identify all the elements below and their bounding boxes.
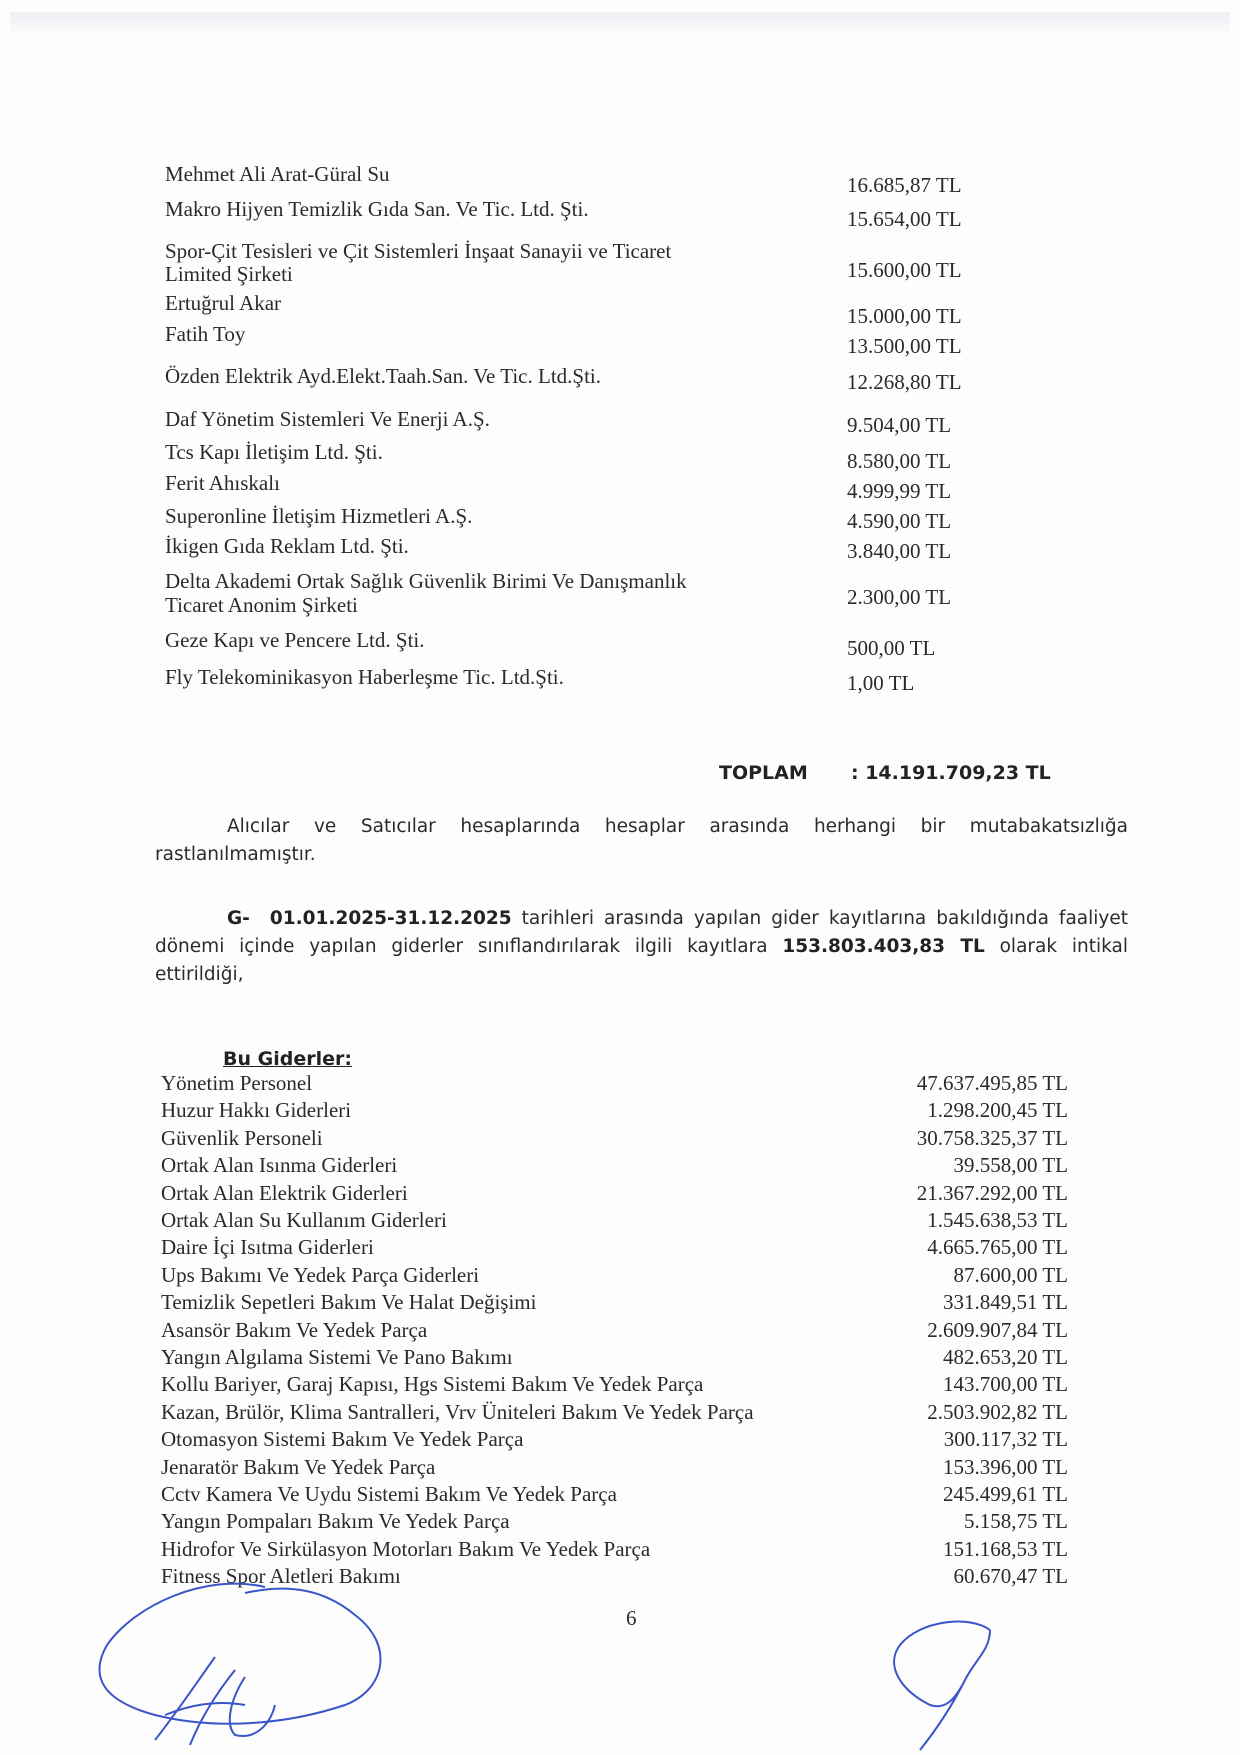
list-item: Asansör Bakım Ve Yedek Parça2.609.907,84… <box>0 1317 1240 1344</box>
expense-name: Kazan, Brülör, Klima Santralleri, Vrv Ün… <box>161 1399 754 1425</box>
creditor-amount: 4.590,00 TL <box>847 509 951 533</box>
expense-amount: 151.168,53 TL <box>943 1536 1068 1562</box>
creditor-amount: 15.654,00 TL <box>847 207 962 231</box>
creditor-name: Delta Akademi Ortak Sağlık Güvenlik Biri… <box>165 569 687 593</box>
list-item: Ortak Alan Isınma Giderleri39.558,00 TL <box>0 1152 1240 1179</box>
expense-amount: 87.600,00 TL <box>953 1262 1068 1288</box>
list-item: Jenaratör Bakım Ve Yedek Parça153.396,00… <box>0 1454 1240 1481</box>
expense-name: Ortak Alan Elektrik Giderleri <box>161 1180 408 1206</box>
expense-amount: 300.117,32 TL <box>944 1426 1068 1452</box>
page-number: 6 <box>626 1606 637 1631</box>
expense-amount: 47.637.495,85 TL <box>917 1070 1068 1096</box>
creditor-amount: 12.268,80 TL <box>847 370 962 394</box>
date-range: 01.01.2025-31.12.2025 <box>270 908 512 929</box>
signature-left-icon <box>95 1575 415 1750</box>
expense-amount: 153.396,00 TL <box>943 1454 1068 1480</box>
creditor-name: Ertuğrul Akar <box>165 291 281 315</box>
list-item: Güvenlik Personeli30.758.325,37 TL <box>0 1125 1240 1152</box>
creditor-name: Mehmet Ali Arat-Güral Su <box>165 162 390 186</box>
expense-name: Temizlik Sepetleri Bakım Ve Halat Değişi… <box>161 1289 536 1315</box>
creditor-name: Ferit Ahıskalı <box>165 471 280 495</box>
creditor-name-continued: Limited Şirketi <box>165 262 293 286</box>
creditor-amount: 3.840,00 TL <box>847 539 951 563</box>
creditor-amount: 2.300,00 TL <box>847 585 951 609</box>
expense-name: Yönetim Personel <box>161 1070 312 1096</box>
creditor-name: Tcs Kapı İletişim Ltd. Şti. <box>165 440 383 464</box>
creditor-amount: 13.500,00 TL <box>847 334 962 358</box>
list-item: Ortak Alan Elektrik Giderleri21.367.292,… <box>0 1180 1240 1207</box>
expense-amount: 5.158,75 TL <box>964 1508 1068 1534</box>
creditor-amount: 9.504,00 TL <box>847 413 951 437</box>
creditor-name: Geze Kapı ve Pencere Ltd. Şti. <box>165 628 425 652</box>
expense-amount: 331.849,51 TL <box>943 1289 1068 1315</box>
expense-amount: 2.609.907,84 TL <box>927 1317 1068 1343</box>
creditor-amount: 500,00 TL <box>847 636 935 660</box>
creditor-amount: 4.999,99 TL <box>847 479 951 503</box>
expense-amount: 482.653,20 TL <box>943 1344 1068 1370</box>
expense-name: Ortak Alan Isınma Giderleri <box>161 1152 397 1178</box>
expense-name: Otomasyon Sistemi Bakım Ve Yedek Parça <box>161 1426 523 1452</box>
creditor-amount: 15.600,00 TL <box>847 258 962 282</box>
expense-amount: 245.499,61 TL <box>943 1481 1068 1507</box>
reconciliation-paragraph: Alıcılar ve Satıcılar hesaplarında hesap… <box>155 813 1128 869</box>
expense-name: Güvenlik Personeli <box>161 1125 323 1151</box>
expenses-heading: Bu Giderler: <box>223 1048 352 1070</box>
total-value: : 14.191.709,23 TL <box>851 762 1051 784</box>
list-item: Cctv Kamera Ve Uydu Sistemi Bakım Ve Yed… <box>0 1481 1240 1508</box>
expense-name: Ups Bakımı Ve Yedek Parça Giderleri <box>161 1262 479 1288</box>
expense-name: Kollu Bariyer, Garaj Kapısı, Hgs Sistemi… <box>161 1371 703 1397</box>
expense-amount: 21.367.292,00 TL <box>917 1180 1068 1206</box>
expense-amount: 30.758.325,37 TL <box>917 1125 1068 1151</box>
list-item: Temizlik Sepetleri Bakım Ve Halat Değişi… <box>0 1289 1240 1316</box>
list-item: Ups Bakımı Ve Yedek Parça Giderleri87.60… <box>0 1262 1240 1289</box>
expense-name: Yangın Algılama Sistemi Ve Pano Bakımı <box>161 1344 513 1370</box>
expense-name: Jenaratör Bakım Ve Yedek Parça <box>161 1454 435 1480</box>
expense-amount: 143.700,00 TL <box>943 1371 1068 1397</box>
creditor-name: Özden Elektrik Ayd.Elekt.Taah.San. Ve Ti… <box>165 364 601 388</box>
scan-edge <box>10 12 1230 34</box>
signature-right-icon <box>880 1610 1020 1755</box>
expense-name: Daire İçi Isıtma Giderleri <box>161 1234 374 1260</box>
list-item: Hidrofor Ve Sirkülasyon Motorları Bakım … <box>0 1536 1240 1563</box>
list-item: Yangın Pompaları Bakım Ve Yedek Parça5.1… <box>0 1508 1240 1535</box>
expense-amount: 60.670,47 TL <box>953 1563 1068 1589</box>
expenses-paragraph: G- 01.01.2025-31.12.2025 tarihleri arası… <box>155 905 1128 989</box>
creditor-amount: 8.580,00 TL <box>847 449 951 473</box>
expense-amount: 39.558,00 TL <box>953 1152 1068 1178</box>
creditor-name: Spor-Çit Tesisleri ve Çit Sistemleri İnş… <box>165 239 671 263</box>
list-item: Kazan, Brülör, Klima Santralleri, Vrv Ün… <box>0 1399 1240 1426</box>
list-item: Huzur Hakkı Giderleri1.298.200,45 TL <box>0 1097 1240 1124</box>
expense-name: Huzur Hakkı Giderleri <box>161 1097 351 1123</box>
creditor-name: İkigen Gıda Reklam Ltd. Şti. <box>165 534 409 558</box>
creditor-name-continued: Ticaret Anonim Şirketi <box>165 593 358 617</box>
paragraph-text: Alıcılar ve Satıcılar hesaplarında hesap… <box>155 816 1128 865</box>
creditor-name: Makro Hijyen Temizlik Gıda San. Ve Tic. … <box>165 197 589 221</box>
expense-name: Ortak Alan Su Kullanım Giderleri <box>161 1207 447 1233</box>
section-prefix: G- <box>227 908 250 929</box>
total-label: TOPLAM <box>719 762 808 784</box>
creditor-name: Daf Yönetim Sistemleri Ve Enerji A.Ş. <box>165 407 490 431</box>
creditor-name: Fatih Toy <box>165 322 245 346</box>
list-item: Daire İçi Isıtma Giderleri4.665.765,00 T… <box>0 1234 1240 1261</box>
creditor-amount: 1,00 TL <box>847 671 914 695</box>
list-item: Yönetim Personel47.637.495,85 TL <box>0 1070 1240 1097</box>
expense-name: Asansör Bakım Ve Yedek Parça <box>161 1317 427 1343</box>
creditor-name: Superonline İletişim Hizmetleri A.Ş. <box>165 504 472 528</box>
creditor-amount: 15.000,00 TL <box>847 304 962 328</box>
expense-name: Cctv Kamera Ve Uydu Sistemi Bakım Ve Yed… <box>161 1481 617 1507</box>
creditor-name: Fly Telekominikasyon Haberleşme Tic. Ltd… <box>165 665 564 689</box>
expense-name: Hidrofor Ve Sirkülasyon Motorları Bakım … <box>161 1536 650 1562</box>
list-item: Ortak Alan Su Kullanım Giderleri1.545.63… <box>0 1207 1240 1234</box>
expense-amount: 1.298.200,45 TL <box>927 1097 1068 1123</box>
expense-amount: 4.665.765,00 TL <box>927 1234 1068 1260</box>
expenses-total-amount: 153.803.403,83 TL <box>782 936 984 957</box>
expense-name: Yangın Pompaları Bakım Ve Yedek Parça <box>161 1508 510 1534</box>
list-item: Otomasyon Sistemi Bakım Ve Yedek Parça30… <box>0 1426 1240 1453</box>
creditor-amount: 16.685,87 TL <box>847 173 962 197</box>
list-item: Kollu Bariyer, Garaj Kapısı, Hgs Sistemi… <box>0 1371 1240 1398</box>
expense-amount: 2.503.902,82 TL <box>927 1399 1068 1425</box>
expense-amount: 1.545.638,53 TL <box>927 1207 1068 1233</box>
list-item: Yangın Algılama Sistemi Ve Pano Bakımı48… <box>0 1344 1240 1371</box>
